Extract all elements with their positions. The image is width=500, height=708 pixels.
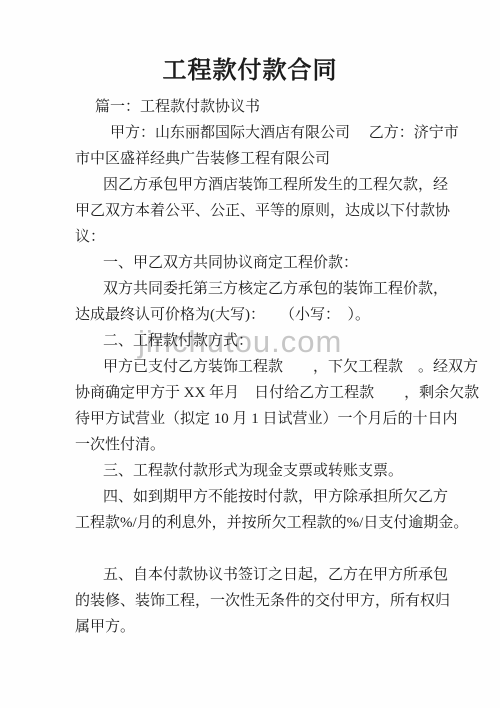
document-line: 四、如到期甲方不能按时付款，甲方除承担所欠乙方 [75,484,470,510]
document-line: 五、自本付款协议书签订之日起，乙方在甲方所承包 [75,562,470,588]
document-line: 因乙方承包甲方酒店装饰工程所发生的工程欠款，经 [75,172,470,198]
document-line: 一次性付清。 [75,432,470,458]
document-line: 达成最终认可价格为(大写)： （小写： ）。 [75,302,470,328]
document-line: 甲乙双方本着公平、公正、平等的原则，达成以下付款协 [75,198,470,224]
document-line: 的装修、装饰工程，一次性无条件的交付甲方，所有权归 [75,588,470,614]
document-line: 协商确定甲方于 XX 年月 日付给乙方工程款 ，剩余欠款 [75,380,470,406]
document-line [75,536,470,562]
document-title: 工程款付款合同 [0,0,500,88]
document-line: 篇一：工程款付款协议书 [75,94,470,120]
document-line: 甲方：山东丽都国际大酒店有限公司 乙方：济宁市 [75,120,470,146]
document-line: 工程款%/月的利息外，并按所欠工程款的%/日支付逾期金。 [75,510,470,536]
document-page: jinchutou.com 工程款付款合同 篇一：工程款付款协议书甲方：山东丽都… [0,0,500,708]
document-line: 市中区盛祥经典广告装修工程有限公司 [75,146,470,172]
document-line: 属甲方。 [75,614,470,640]
document-line: 双方共同委托第三方核定乙方承包的装饰工程价款， [75,276,470,302]
document-line: 议： [75,224,470,250]
document-line: 二、工程款付款方式： [75,328,470,354]
document-line: 待甲方试营业（拟定 10 月 1 日试营业）一个月后的十日内 [75,406,470,432]
document-line: 甲方已支付乙方装饰工程款 ，下欠工程款 。经双方 [75,354,470,380]
document-line: 三、工程款付款形式为现金支票或转账支票。 [75,458,470,484]
document-body: 篇一：工程款付款协议书甲方：山东丽都国际大酒店有限公司 乙方：济宁市市中区盛祥经… [75,94,470,640]
document-line: 一、甲乙双方共同协议商定工程价款： [75,250,470,276]
